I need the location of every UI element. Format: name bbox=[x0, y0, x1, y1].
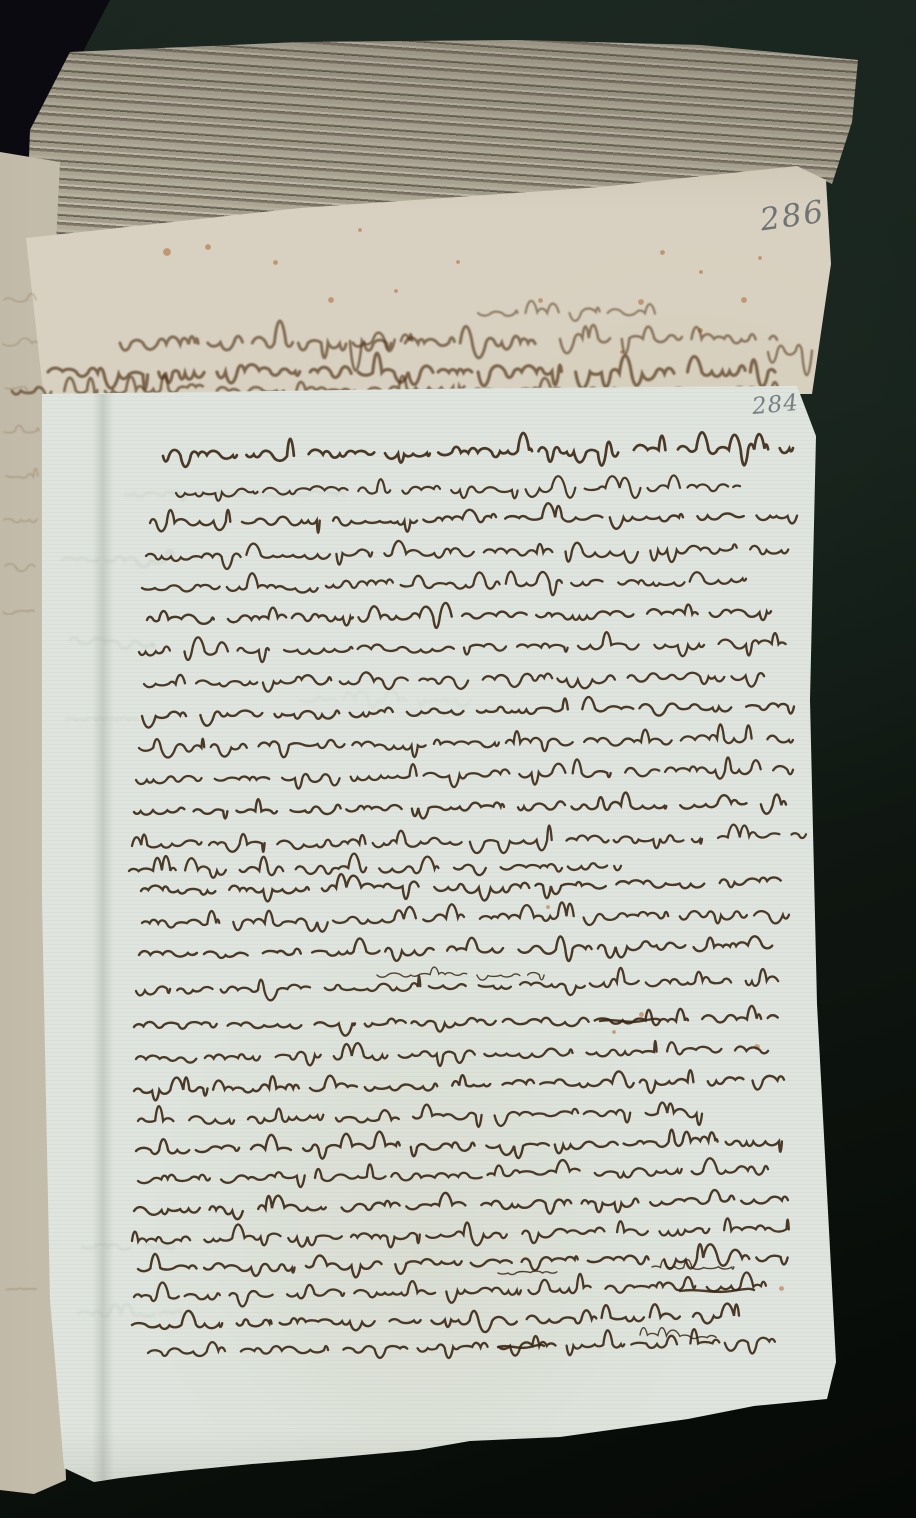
archival-manuscript-photo: 286 284 bbox=[0, 0, 916, 1518]
manuscript-handwriting bbox=[0, 0, 916, 1518]
